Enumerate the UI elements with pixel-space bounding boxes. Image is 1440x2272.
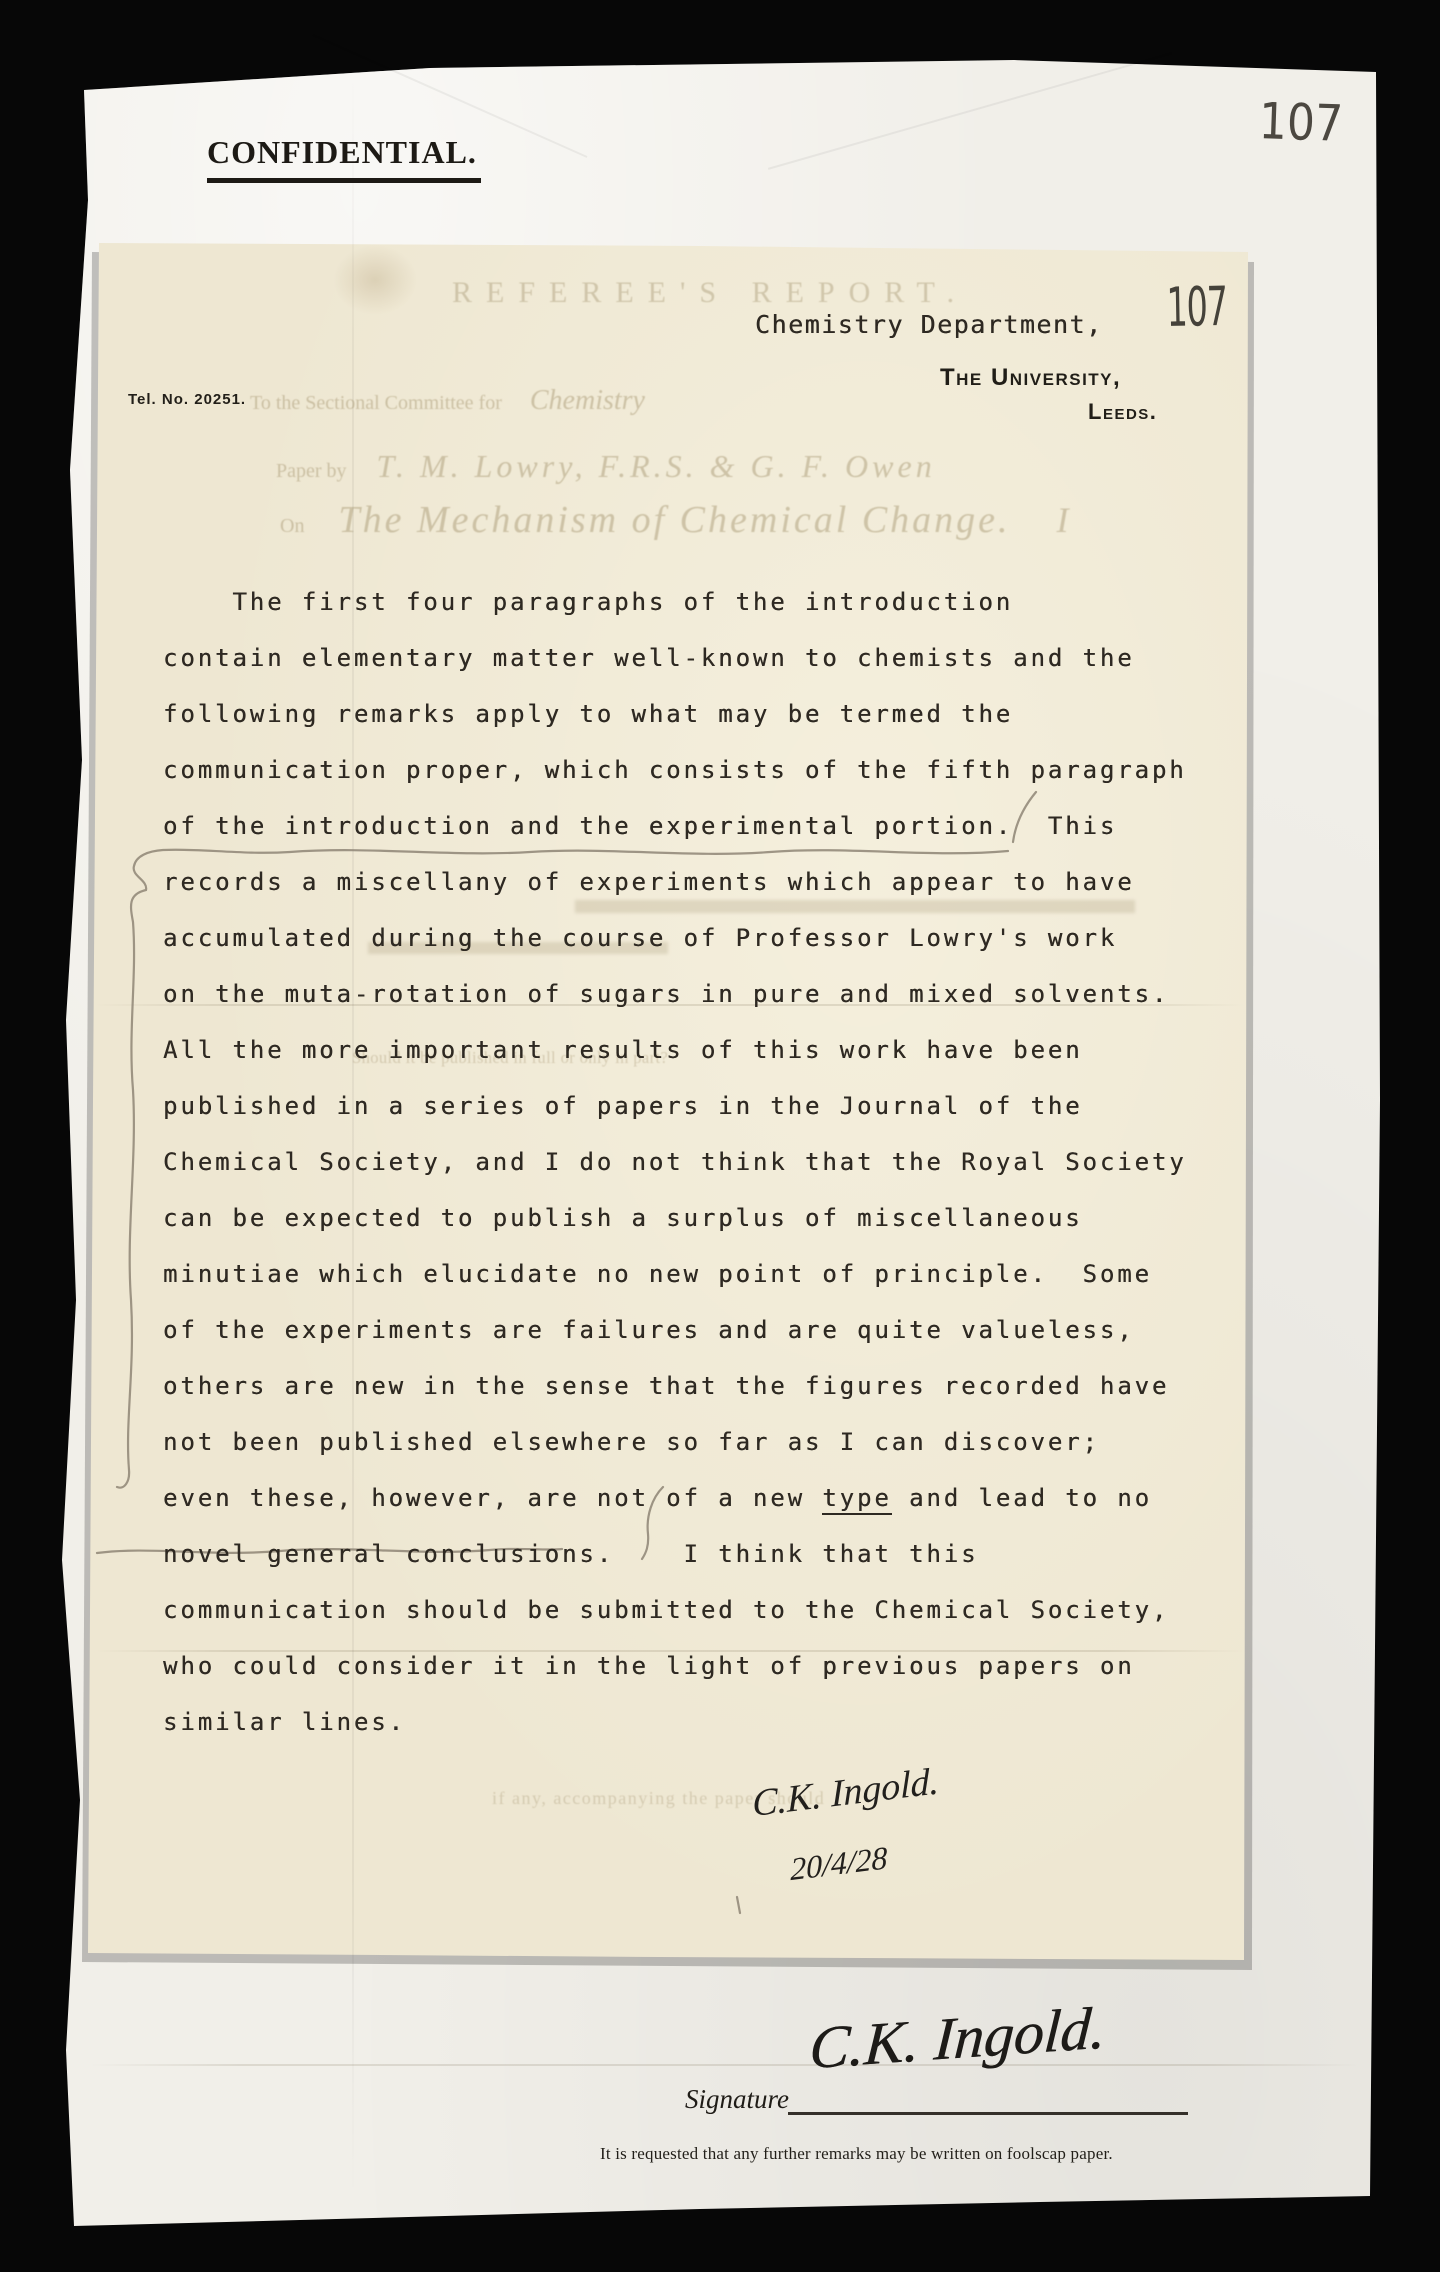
confidential-stamp: CONFIDENTIAL. — [207, 134, 481, 183]
typed-line: contain elementary matter well-known to … — [163, 644, 1135, 676]
typed-line: records a miscellany of experiments whic… — [163, 868, 1135, 900]
typed-line: communication should be submitted to the… — [163, 1596, 1169, 1628]
typed-line: on the muta-rotation of sugars in pure a… — [163, 980, 1169, 1012]
typed-line: accumulated during the course of Profess… — [163, 924, 1117, 956]
typed-line: others are new in the sense that the fig… — [163, 1372, 1169, 1404]
typed-line: communication proper, which consists of … — [163, 756, 1187, 788]
pencil-page-number-inner: 107 — [1166, 275, 1227, 339]
inner-letter — [0, 0, 1440, 2272]
typed-line: published in a series of papers in the J… — [163, 1092, 1083, 1124]
letterhead-city: Leeds. — [1088, 399, 1157, 425]
ghost-smudge — [575, 900, 1135, 913]
letterhead-department: Chemistry Department, — [755, 310, 1103, 339]
typed-line: Chemical Society, and I do not think tha… — [163, 1148, 1187, 1180]
typed-line: can be expected to publish a surplus of … — [163, 1204, 1083, 1236]
typed-line: All the more important results of this w… — [163, 1036, 1083, 1068]
signature-label: Signature — [685, 2084, 789, 2115]
typed-line: following remarks apply to what may be t… — [163, 700, 1013, 732]
underlined-word: type — [822, 1484, 891, 1515]
signature-rule — [788, 2112, 1188, 2115]
typed-line: The first four paragraphs of the introdu… — [163, 588, 1013, 620]
typed-text: and lead to no — [892, 1484, 1152, 1512]
typed-line: not been published elsewhere so far as I… — [163, 1428, 1100, 1460]
typed-line: of the introduction and the experimental… — [163, 812, 1117, 844]
typed-line: even these, however, are not of a new ty… — [163, 1484, 1152, 1516]
typed-line: who could consider it in the light of pr… — [163, 1652, 1135, 1684]
footer-note: It is requested that any further remarks… — [600, 2144, 1113, 2164]
letterhead-telephone: Tel. No. 20251. — [128, 391, 246, 408]
pencil-page-number-outer: 107 — [1258, 92, 1344, 153]
typed-line: novel general conclusions. I think that … — [163, 1540, 978, 1572]
typed-text: even these, however, are not of a new — [163, 1484, 822, 1512]
typed-line: of the experiments are failures and are … — [163, 1316, 1135, 1348]
photo-background: { "photo": { "background_color": "#07070… — [0, 0, 1440, 2272]
typed-line: minutiae which elucidate no new point of… — [163, 1260, 1152, 1292]
letterhead-institution: The University, — [940, 364, 1121, 392]
typed-line: similar lines. — [163, 1708, 406, 1740]
